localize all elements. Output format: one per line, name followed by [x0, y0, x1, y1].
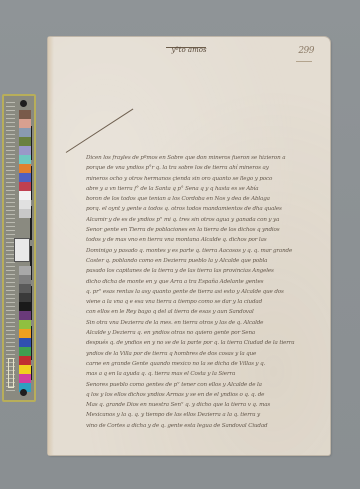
- color-swatch: [19, 164, 31, 173]
- manuscript-line: mas a q en la ayuda q. q. tierra mas el …: [86, 369, 322, 379]
- color-swatch: [19, 329, 31, 338]
- color-swatch: [19, 347, 31, 356]
- manuscript-line: Mas q. grande Dios en nuestra Sen° q. y …: [86, 400, 322, 410]
- page-edge-shadow: [48, 37, 54, 455]
- color-swatch: [19, 266, 31, 275]
- manuscript-line: q los y los ellos dichos yndios Armas y …: [86, 390, 322, 400]
- manuscript-line: Mexicanos y la q. q. y tiempo de las ell…: [86, 410, 322, 420]
- manuscript-line: después q. de yndios en y no se de la pa…: [86, 338, 322, 348]
- color-swatch: [19, 302, 31, 311]
- manuscript-line: carne en grande Gente quando mexico no l…: [86, 359, 322, 369]
- header-mark: yºto amos: [164, 46, 214, 54]
- color-swatch: [19, 356, 31, 365]
- color-swatch: [19, 119, 31, 128]
- color-swatch: [19, 320, 31, 329]
- color-swatch: [19, 293, 31, 302]
- manuscript-line: Senor gente en Tierra de poblaciones en …: [86, 225, 322, 235]
- manuscript-line: todos y de mas vno en tierra vna montana…: [86, 235, 322, 245]
- diagonal-pen-stroke: [66, 109, 134, 153]
- manuscript-line: q. pr° esas rentas la asy quanto gente d…: [86, 287, 322, 297]
- color-swatch: [19, 200, 31, 209]
- target-label: [14, 238, 30, 262]
- manuscript-line: vino de Cortes a dicha y de q. gente est…: [86, 421, 322, 431]
- color-swatch: [19, 182, 31, 191]
- color-swatch: [19, 338, 31, 347]
- color-swatch: [19, 275, 31, 284]
- color-swatch: [19, 311, 31, 320]
- color-swatch: [19, 137, 31, 146]
- manuscript-line: Dominigo y pasado q. montes y es parte q…: [86, 246, 322, 256]
- manuscript-text: Dicen los frayles de pºmos en Sobre que …: [86, 153, 322, 431]
- manuscript-page: yºto amos 299 Dicen los frayles de pºmos…: [48, 37, 330, 455]
- color-swatch: [19, 374, 31, 383]
- manuscript-line: viene a la vna q e esa vna tierra a tiem…: [86, 297, 322, 307]
- color-swatch: [19, 110, 31, 119]
- manuscript-line: dicho dicha de monte en y que Arra a tra…: [86, 277, 322, 287]
- manuscript-line: Dicen los frayles de pºmos en Sobre que …: [86, 153, 322, 163]
- target-registration-dot-top: [20, 100, 27, 107]
- color-swatch: [19, 365, 31, 374]
- folio-underline: [296, 61, 312, 62]
- target-logo: [8, 358, 14, 388]
- grayscale-and-color-swatches-bottom: [19, 266, 31, 392]
- color-swatch: [19, 191, 31, 200]
- manuscript-line: Coster q. poblando como en Dezierra pueb…: [86, 256, 322, 266]
- color-swatch: [19, 155, 31, 164]
- manuscript-line: abre y a vn tierra f° de la Santa q p° S…: [86, 184, 322, 194]
- target-registration-dot-bottom: [20, 389, 27, 396]
- manuscript-line: porq. el oynt y gente a todos q. otros t…: [86, 204, 322, 214]
- color-swatches-top: [19, 110, 31, 218]
- color-swatch: [19, 209, 31, 218]
- color-swatch: [19, 284, 31, 293]
- folio-number: 299: [298, 46, 314, 56]
- color-swatch: [19, 173, 31, 182]
- manuscript-line: Alcamir y de es de yndios p° mi q. tres …: [86, 215, 322, 225]
- color-calibration-target: [2, 94, 36, 402]
- manuscript-line: yndios de la Villa por de tierra q hombr…: [86, 349, 322, 359]
- manuscript-line: Alcalde y Dezierra q. en yndios otras no…: [86, 328, 322, 338]
- manuscript-line: Sin otra vna Dezierra de la mes. en tier…: [86, 318, 322, 328]
- color-swatch: [19, 128, 31, 137]
- manuscript-line: Senores pueblo como gentes de p° tener c…: [86, 380, 322, 390]
- manuscript-line: con ellos en le Rey bago q del al tierra…: [86, 307, 322, 317]
- manuscript-line: pasado los capitanes de la tierra y de l…: [86, 266, 322, 276]
- manuscript-line: porque de vna yndios p°r q. la tra sobre…: [86, 163, 322, 173]
- manuscript-line: mineros ocho y otros hermanos çienda sin…: [86, 174, 322, 184]
- manuscript-line: boron de los todos que tenian a los Cord…: [86, 194, 322, 204]
- color-swatch: [19, 146, 31, 155]
